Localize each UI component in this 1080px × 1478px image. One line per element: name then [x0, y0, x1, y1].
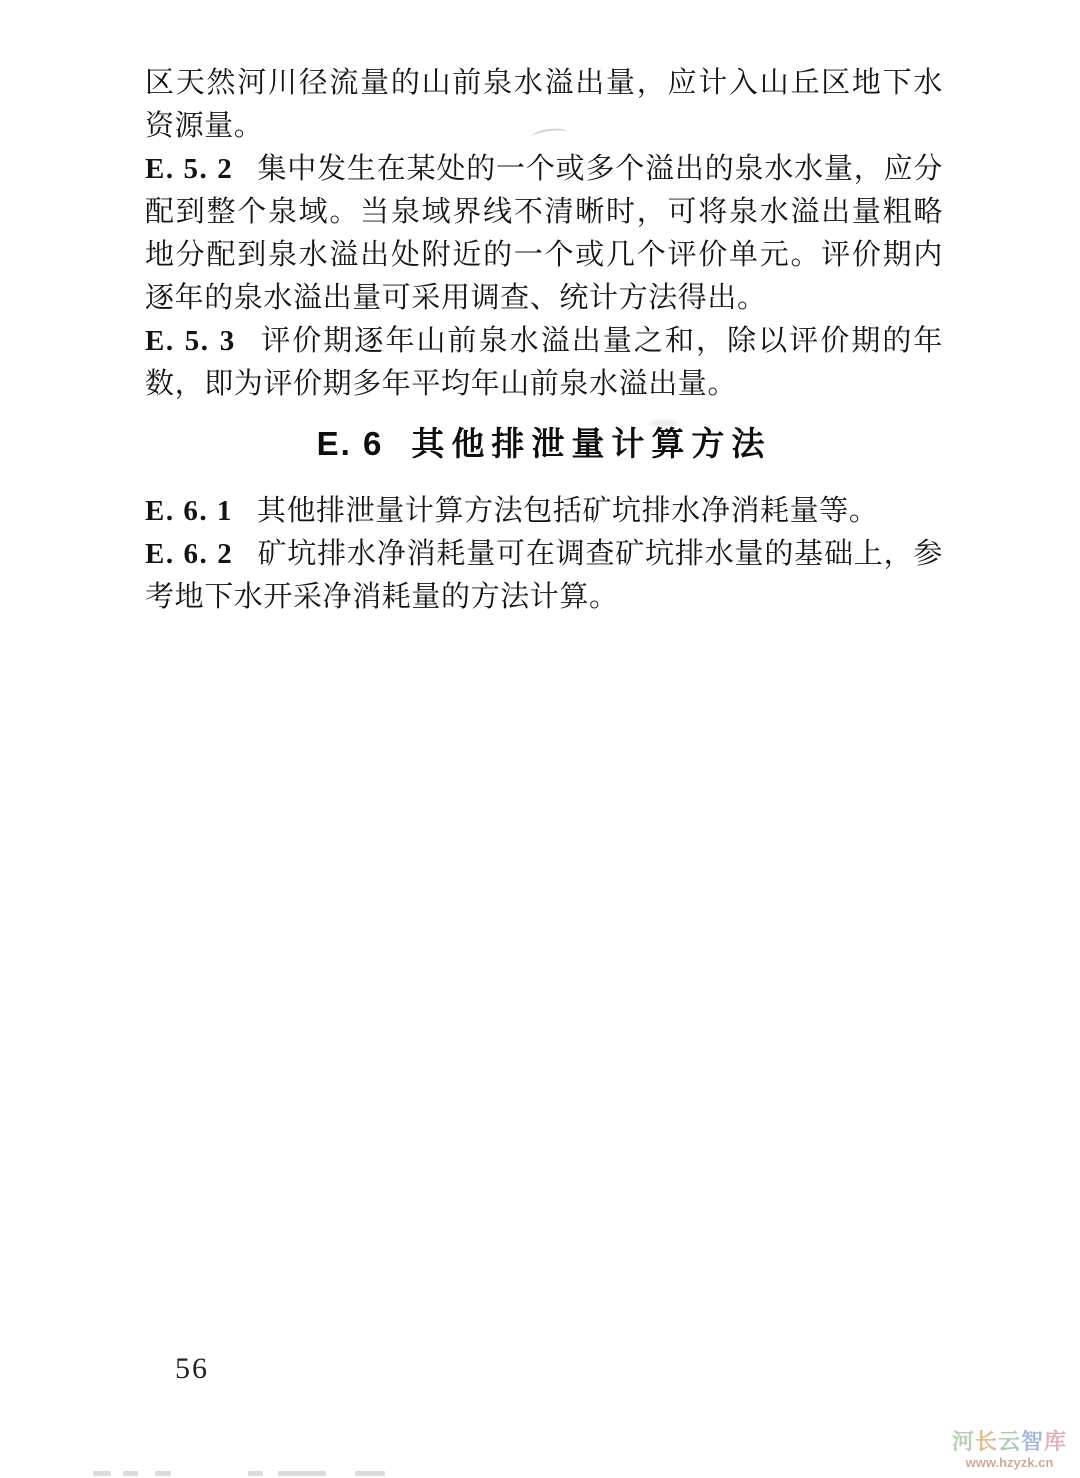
watermark-char: 库: [1044, 1429, 1067, 1454]
watermark-title: 河长云智库: [952, 1430, 1067, 1454]
clause-e62-text: 矿坑排水净消耗量可在调查矿坑排水量的基础上，参考地下水开采净消耗量的方法计算。: [145, 538, 943, 613]
clause-e62-number: E. 6. 2: [145, 538, 233, 570]
section-heading-number: E. 6: [317, 425, 384, 462]
scan-artifact: [123, 1471, 138, 1476]
scan-artifact: [248, 1471, 263, 1476]
watermark-char: 长: [975, 1429, 998, 1454]
clause-e62: E. 6. 2矿坑排水净消耗量可在调查矿坑排水量的基础上，参考地下水开采净消耗量…: [145, 533, 943, 619]
clause-e61-number: E. 6. 1: [145, 495, 233, 527]
page-content: 区天然河川径流量的山前泉水溢出量，应计入山丘区地下水资源量。 E. 5. 2集中…: [145, 62, 943, 619]
section-heading-e6: E. 6其他排泄量计算方法: [145, 420, 943, 467]
clause-e53: E. 5. 3评价期逐年山前泉水溢出量之和，除以评价期的年数，即为评价期多年平均…: [145, 320, 943, 406]
clause-e52-text: 集中发生在某处的一个或多个溢出的泉水水量，应分配到整个泉域。当泉域界线不清晰时，…: [145, 153, 943, 314]
clause-e53-text: 评价期逐年山前泉水溢出量之和，除以评价期的年数，即为评价期多年平均年山前泉水溢出…: [145, 325, 943, 400]
clause-e53-number: E. 5. 3: [145, 325, 236, 357]
watermark-char: 云: [998, 1429, 1021, 1454]
clause-e61-text: 其他排泄量计算方法包括矿坑排水净消耗量等。: [257, 495, 879, 527]
watermark-char: 河: [952, 1429, 975, 1454]
clause-e52: E. 5. 2集中发生在某处的一个或多个溢出的泉水水量，应分配到整个泉域。当泉域…: [145, 148, 943, 320]
scan-artifact: [93, 1471, 111, 1476]
scan-artifact: [355, 1471, 385, 1476]
scan-artifact: [155, 1471, 171, 1476]
page-number: 56: [175, 1352, 209, 1386]
scan-artifact: [278, 1471, 326, 1476]
watermark-char: 智: [1021, 1429, 1044, 1454]
watermark: 河长云智库 www.hzyzk.cn: [952, 1430, 1067, 1470]
document-page: 区天然河川径流量的山前泉水溢出量，应计入山丘区地下水资源量。 E. 5. 2集中…: [0, 0, 1080, 1478]
watermark-url: www.hzyzk.cn: [952, 1455, 1067, 1470]
scan-smudge: [650, 420, 678, 427]
section-heading-title: 其他排泄量计算方法: [411, 425, 771, 462]
clause-e61: E. 6. 1其他排泄量计算方法包括矿坑排水净消耗量等。: [145, 490, 943, 533]
clause-e52-number: E. 5. 2: [145, 153, 233, 185]
